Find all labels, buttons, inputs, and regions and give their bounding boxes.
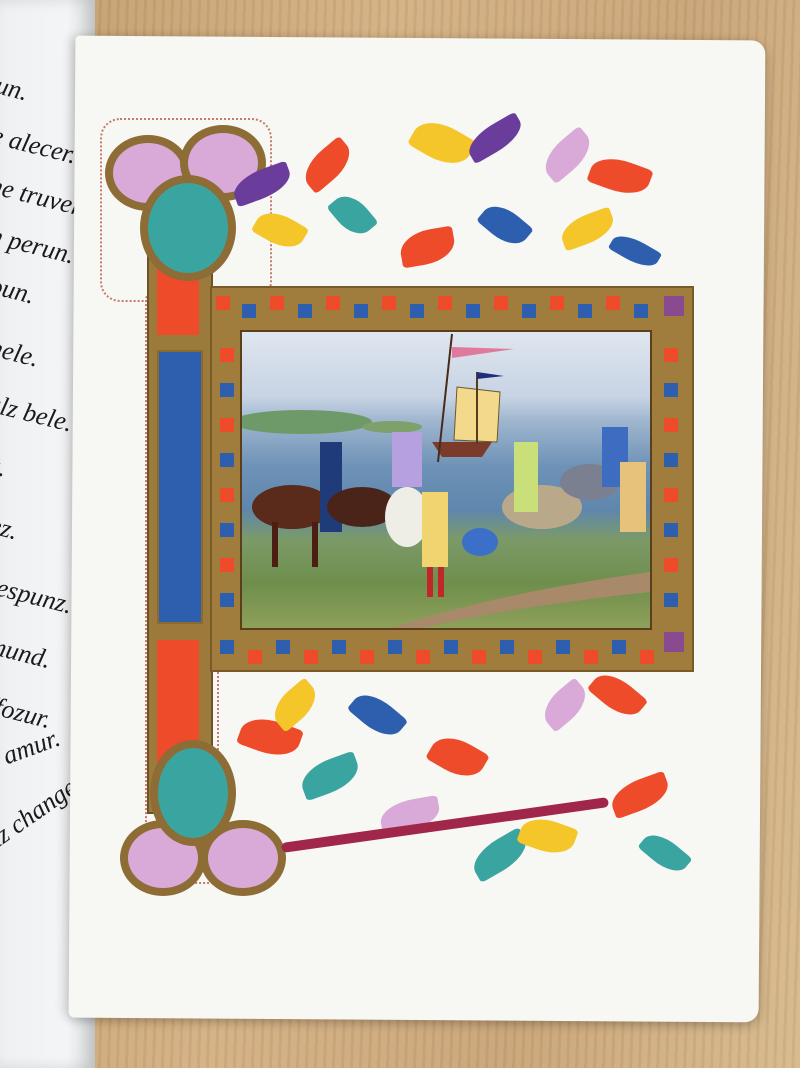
text-line: e alecer. <box>0 120 80 170</box>
frame-square <box>270 296 284 310</box>
text-line: nele. <box>0 332 42 373</box>
frame-square <box>382 296 396 310</box>
text-line: ez. <box>0 510 21 546</box>
frame-square <box>410 304 424 318</box>
frame-square <box>416 650 430 664</box>
frame-square <box>606 296 620 310</box>
frame-square <box>220 558 234 572</box>
frame-square <box>216 296 230 310</box>
text-line: un. <box>0 70 31 107</box>
frame-square <box>388 640 402 654</box>
frame-square <box>220 348 234 362</box>
frame-square <box>584 650 598 664</box>
text-line: amur. <box>0 723 64 771</box>
frame-square <box>472 650 486 664</box>
frame-square <box>220 523 234 537</box>
frame-square <box>664 558 678 572</box>
frame-square <box>438 296 452 310</box>
frame-square <box>640 650 654 664</box>
text-line: respunz. <box>0 570 75 620</box>
frame-square <box>304 650 318 664</box>
frame-square <box>522 304 536 318</box>
shore-scene-illustration <box>242 332 650 628</box>
frame-square <box>664 383 678 397</box>
frame-square <box>220 488 234 502</box>
frame-square <box>664 453 678 467</box>
frame-square <box>298 304 312 318</box>
frame-square <box>248 650 262 664</box>
frame-square <box>220 593 234 607</box>
frame-square <box>556 640 570 654</box>
text-line: mund. <box>0 630 54 675</box>
miniature-painting <box>240 330 652 630</box>
frame-square <box>634 304 648 318</box>
frame-square <box>664 523 678 537</box>
frame-corner <box>664 632 684 652</box>
frame-square <box>360 650 374 664</box>
knotwork-loop-icon <box>150 740 236 846</box>
frame-square <box>550 296 564 310</box>
frame-square <box>220 640 234 654</box>
frame-corner <box>664 296 684 316</box>
frame-square <box>494 296 508 310</box>
frame-square <box>332 640 346 654</box>
frame-square <box>354 304 368 318</box>
frame-square <box>528 650 542 664</box>
frame-square <box>664 488 678 502</box>
frame-square <box>578 304 592 318</box>
frame-square <box>326 296 340 310</box>
text-line: z. <box>0 450 10 483</box>
frame-square <box>664 593 678 607</box>
initial-blue-panel <box>157 350 203 624</box>
frame-square <box>242 304 256 318</box>
frame-square <box>500 640 514 654</box>
frame-square <box>466 304 480 318</box>
frame-square <box>276 640 290 654</box>
frame-square <box>664 348 678 362</box>
frame-square <box>220 383 234 397</box>
knotwork-loop-icon <box>140 175 236 281</box>
frame-square <box>664 418 678 432</box>
text-line: alz bele. <box>0 388 76 438</box>
frame-square <box>612 640 626 654</box>
text-line: n perun. <box>0 220 78 270</box>
text-line: oun. <box>0 270 38 310</box>
frame-square <box>444 640 458 654</box>
frame-square <box>220 418 234 432</box>
frame-square <box>220 453 234 467</box>
